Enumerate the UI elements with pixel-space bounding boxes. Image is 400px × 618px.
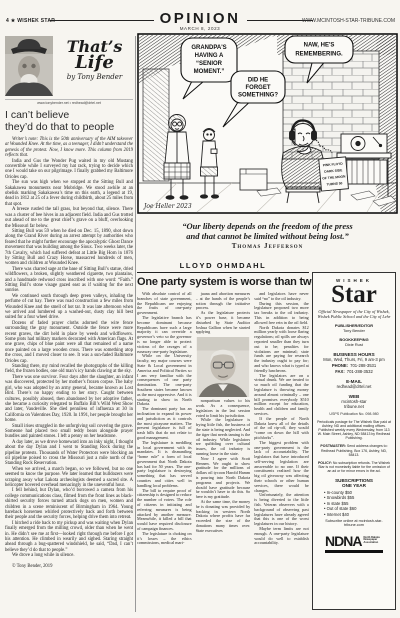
bubble1-line3: “SENIOR (196, 61, 223, 67)
bubble1-line2: HAVING A (195, 53, 224, 59)
column-divider-rule (135, 36, 136, 612)
quote-line2: and that cannot be limited without being… (137, 231, 398, 241)
paragraph: India and Gus the Wonder Pug waited in m… (5, 159, 133, 181)
ndna-logo: NDNA North Dakota Newspaper Association (317, 533, 391, 554)
column-masthead: That’s Life by Tony Bender (5, 36, 133, 96)
phone-number: 701-288-3531 (350, 363, 376, 368)
phone-label: PHONE: (332, 363, 348, 368)
headline-line1: I can’t believe (5, 109, 69, 121)
paragraph: As the legislature protects it’s power b… (196, 311, 251, 335)
ndna-acronym: NDNA (325, 533, 361, 549)
sidebar-nameplate: Star (317, 283, 391, 307)
album-sign: PINK FLOYD DARK SIDE OF THE MOON TURNS 5… (319, 157, 349, 191)
paragraph: The legislative branch has become domina… (137, 316, 192, 354)
paragraph: Maybe term limits are not enough. A one-… (254, 527, 309, 546)
page-header: 4 ★ WISHEK STAR OPINION WWW.MCINTOSH-STA… (0, 10, 400, 34)
paragraph: Now I agree with Scott Hennen. We ought … (196, 457, 251, 500)
fax-number: 701-288-3532 (347, 369, 373, 374)
omdahl-col3: and legislators have never said “no” to … (254, 292, 309, 592)
lloyd-omdahl-photo (196, 337, 250, 397)
subscribe-note: Subscribe online at mcintosh-star-tribun… (317, 519, 391, 528)
paragraph: juana and abortion measures – at the han… (196, 292, 251, 311)
bookkeeper-name: Dixie Rust (317, 342, 391, 347)
quote-attribution: Thomas Jefferson (137, 242, 398, 250)
policy-note: POLICY: No subscription refunds. The Wis… (317, 461, 391, 473)
tony-bender-photo (5, 36, 53, 96)
headline-line2: they’d do that to people (5, 121, 114, 133)
omdahl-headline: One party system is worse than two (137, 276, 309, 288)
paragraph: When we arrived, a march began, so we fo… (5, 467, 133, 489)
column-contact-line: www.tonybender.net • redhead@drtel.net (5, 99, 133, 105)
omdahl-col2-bottom: nonpartisan values to his work. As a con… (196, 399, 251, 533)
paragraph: The bill to require proof of citizenship… (137, 489, 192, 532)
periodicals-note: Periodicals postage for The Wishek Star … (317, 420, 391, 440)
paragraph: With absolute control of all branches of… (137, 292, 192, 316)
phone-row: PHONE: 701-288-3531 (317, 363, 391, 368)
paragraph: While the legislature is frying little f… (196, 418, 251, 456)
paragraph: A breeze rustled the tall grass, but bey… (5, 207, 133, 229)
usps-number: USPS Publication No. 098-980 (317, 412, 391, 416)
paragraph: There was one survivor. Four days after … (5, 375, 133, 424)
editorial-cartoon: PINK FLOYD DARK SIDE OF THE MOON TURNS 5… (137, 33, 398, 214)
thats-life-column: That’s Life by Tony Bender www.tonybende… (5, 36, 133, 614)
copyright-line: © Tony Bender, 2019 (5, 564, 133, 569)
bubble3-line1: NAW, HE'S (304, 43, 335, 49)
issue-date: MARCH 8, 2023 (180, 26, 221, 31)
omdahl-col2-top: juana and abortion measures – at the han… (196, 292, 251, 335)
subscription-rates: • In-county $50• Snowbirds $55• In state… (317, 490, 391, 517)
paragraph: A day later, as we drove homeward into a… (5, 440, 133, 467)
paragraph: Sitting Bull was 59 when he died on Dec.… (5, 229, 133, 267)
paragraph: Standing there, my mind recalled the pho… (5, 364, 133, 375)
paragraph: Dozens of faded prayer cloths adorned th… (5, 321, 133, 364)
omdahl-column: LLOYD OHMDAHL One party system is worse … (137, 261, 309, 613)
bubble3-line2: REMEMBERING. (295, 52, 343, 58)
paragraph: Small irises struggled in the unforgivin… (5, 424, 133, 440)
paragraph: There was charred sage at the base of Si… (5, 267, 133, 294)
paragraph: We continued south through deep green va… (5, 294, 133, 321)
paragraph: North Dakota donates $12 million yearly … (254, 326, 309, 374)
section-title: OPINION (160, 10, 241, 27)
column-title-line2: Life (56, 54, 133, 71)
article-body: Writer’s note: This is the 50th annivers… (5, 137, 133, 569)
paragraph: The legislators are on a virtual drunk. … (254, 374, 309, 417)
bubble1-line1: GRANDPA'S (191, 45, 226, 51)
bubble2-line3: SOMETHING? (238, 93, 278, 99)
cartoonist-signature: Joe Heller 2023 (142, 203, 192, 210)
writers-note: Writer’s note: This is the 50th annivers… (5, 137, 133, 159)
bubble2-line1: DID HE (248, 78, 268, 84)
paragraph: While on the University faculty, my majo… (137, 354, 192, 407)
omdahl-byline: LLOYD OHMDAHL (137, 261, 309, 270)
header-website: WWW.MCINTOSH-STAR-TRIBUNE.COM (302, 18, 395, 24)
omdahl-body: With absolute control of all branches of… (137, 292, 309, 592)
omdahl-col1: With absolute control of all branches of… (137, 292, 192, 592)
fax-label: FAX: (335, 369, 345, 374)
business-hours: Mon, Wed, Thurs, Fri, 9 am-3 pm (317, 357, 391, 362)
paragraph: I fell behind, but Dylan, who’d borrowed… (5, 488, 133, 520)
publisher-name: Tony Bender (317, 328, 391, 333)
paragraph: Unfortunately, the attention is being di… (254, 493, 309, 527)
paragraph: During this session, the legislature pro… (254, 302, 309, 326)
article-paragraphs: India and Gus the Wonder Pug waited in m… (5, 159, 133, 559)
paragraph: At the same time, the money he is donati… (196, 500, 251, 534)
jefferson-quote: “Our liberty depends on the freedom of t… (137, 221, 398, 250)
omdahl-col2: juana and abortion measures – at the han… (196, 292, 251, 592)
web-address-line2: tribune.net (317, 404, 391, 409)
paragraph: If the people of North Dakota knew all o… (254, 417, 309, 441)
masthead-text: That’s Life by Tony Bender (56, 36, 133, 96)
paragraph: The biggest problem with one-party gover… (254, 441, 309, 494)
masthead-sidebar: WISHEK Star Official Newspaper of the Ci… (312, 272, 396, 610)
ndna-logo-bar (325, 550, 383, 554)
article-headline: I can’t believe they’d do that to people (5, 110, 133, 133)
quote-line1: “Our liberty depends on the freedom of t… (137, 221, 398, 231)
official-newspaper-note: Official Newspaper of the City of Wishek… (317, 309, 391, 319)
paragraph: nonpartisan values to his work. As a con… (196, 399, 251, 418)
bubble2-line2: FORGET (246, 85, 271, 91)
postmaster-note: POSTMASTER: Send address changes to: Red… (317, 444, 391, 456)
header-rule-left (50, 20, 154, 21)
paragraph: I hitched a ride back to my pickup and w… (5, 521, 133, 553)
subscriptions-title-line2: ONE YEAR (317, 483, 391, 488)
record-crate (240, 169, 267, 190)
email-address: redhead@drtel.net (317, 384, 391, 389)
byline-rule (137, 272, 309, 273)
bubble1-line4: MOMENT.” (194, 69, 225, 75)
page-number-label: 4 ★ WISHEK STAR (6, 18, 55, 24)
ndna-full-name: North Dakota Newspaper Association (363, 537, 383, 546)
fax-row: FAX: 701-288-3532 (317, 369, 391, 374)
paragraph: The dominant party has an inclination to… (137, 407, 192, 441)
column-author-byline: by Tony Bender (56, 73, 133, 81)
paragraph: The legislature is choking on it’s losse… (137, 532, 192, 546)
paragraph: We drove a long while in silence. (5, 553, 133, 558)
subscription-rate: • Internet $40 (324, 512, 391, 517)
paragraph: The legislature is meddling in local gov… (137, 441, 192, 489)
paragraph: The sun was high when we stopped at the … (5, 180, 133, 207)
